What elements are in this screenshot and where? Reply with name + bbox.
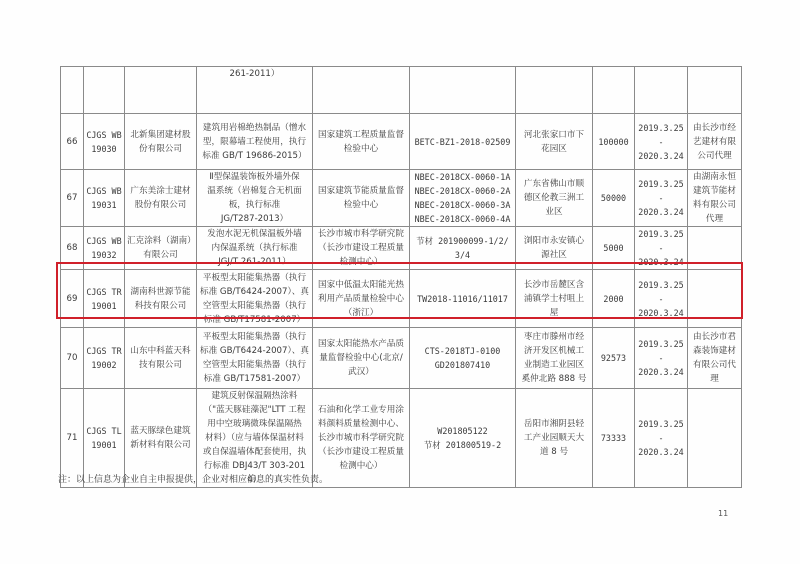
cell-line: 19001 xyxy=(86,299,122,313)
cell-line: 节材 201900099-1/2/3/4 xyxy=(412,234,513,262)
cell-address: 长沙市岳麓区含浦镇学士村咀上屋 xyxy=(516,270,593,328)
cell-line: 2019.3.25- xyxy=(637,337,685,365)
cell-code: CJGS WB19032 xyxy=(84,227,125,270)
cell-line: 岳阳市湘阴县轻 xyxy=(518,417,590,431)
cell-line: 2019.3.25- xyxy=(637,278,685,306)
cell-line: 量监督检验中心(北京/ xyxy=(315,351,407,365)
cell-line: 料颜料质量检测中心、 xyxy=(315,417,407,431)
cell-validity: 2019.3.25-2020.3.24 xyxy=(635,270,688,328)
cell-line: 森装饰建材 xyxy=(690,344,739,358)
cell-line: 节材 201800519-2 xyxy=(412,438,513,452)
cell-line: 2019.3.25- xyxy=(637,177,685,205)
cell-line: 汇克涂料（湖南） xyxy=(127,234,194,248)
cell-capacity xyxy=(593,67,635,114)
cell-line: CJGS WB xyxy=(86,234,122,248)
cell-no: 70 xyxy=(61,328,84,389)
cell-line: （浙江） xyxy=(315,306,407,320)
cell-address: 枣庄市滕州市经济开发区机械工业制造工业园区奚仲北路 888 号 xyxy=(516,328,593,389)
cell-line: 发泡水泥无机保温板外墙 xyxy=(199,227,310,241)
table-body: 261-2011）66CJGS WB19030北新集团建材股份有限公司建筑用岩棉… xyxy=(61,67,742,488)
cell-line: 平板型太阳能集热器（执行 xyxy=(199,271,310,285)
cell-line: 利用产品质量检验中心 xyxy=(315,292,407,306)
cell-line: 广东美涂士建材 xyxy=(127,184,194,198)
cell-product: 平板型太阳能集热器（执行标准 GB/T6424-2007）、真空管型太阳能集热器… xyxy=(197,270,313,328)
cell-line: 用中空玻璃微珠保温隔热 xyxy=(199,417,310,431)
cell-code: CJGS TR19002 xyxy=(84,328,125,389)
cell-line: 板，执行标准 xyxy=(199,198,310,212)
cell-line: 19031 xyxy=(86,198,122,212)
cell-note: 由湖南永恒建筑节能材料有限公司代理 xyxy=(688,170,742,227)
cell-line: 2020.3.24 xyxy=(637,205,685,219)
cell-line: 19001 xyxy=(86,438,122,452)
cell-line: 北新集团建材股 xyxy=(127,128,194,142)
cell-agency: 国家建筑节能质量监督检验中心 xyxy=(313,170,410,227)
cell-no: 69 xyxy=(61,270,84,328)
cell-line: 有限公司代 xyxy=(690,358,739,372)
cell-line: 国家建筑节能质量监督 xyxy=(315,184,407,198)
cell-line: 新材料有限公司 xyxy=(127,438,194,452)
cell-line: 长沙市城市科学研究院 xyxy=(315,431,407,445)
cell-line: 济开发区机械工 xyxy=(518,344,590,358)
cell-line: 2019.3.25- xyxy=(637,417,685,445)
cell-line: CJGS TL xyxy=(86,424,122,438)
cell-capacity: 50000 xyxy=(593,170,635,227)
cell-validity: 2019.3.25-2020.3.24 xyxy=(635,227,688,270)
cell-line: 材料）（应与墙体保温材料 xyxy=(199,431,310,445)
cell-line: 标准 GB/T 19686-2015） xyxy=(199,149,310,163)
cell-line: 有限公司 xyxy=(127,248,194,262)
cell-address: 岳阳市湘阴县轻工产业园顺天大道 8 号 xyxy=(516,389,593,488)
cell-line: GD201807410 xyxy=(412,358,513,372)
cell-product: Ⅱ型保温装饰板外墙外保温系统（岩棉复合无机面板，执行标准JG/T287-2013… xyxy=(197,170,313,227)
cell-report: CTS-2018TJ-0100GD201807410 xyxy=(410,328,516,389)
cell-report xyxy=(410,67,516,114)
cell-line: 检验中心 xyxy=(315,198,407,212)
cell-line: 2020.3.24 xyxy=(637,365,685,379)
registration-table: 261-2011）66CJGS WB19030北新集团建材股份有限公司建筑用岩棉… xyxy=(60,66,742,488)
cell-line: 温系统（岩棉复合无机面 xyxy=(199,184,310,198)
cell-report: W201805122节材 201800519-2 xyxy=(410,389,516,488)
cell-address: 河北张家口市下花园区 xyxy=(516,114,593,170)
cell-product: 发泡水泥无机保温板外墙内保温系统（执行标准JGJ/T 261-2011） xyxy=(197,227,313,270)
cell-line: 科技有限公司 xyxy=(127,299,194,313)
cell-line: 山东中科蓝天科 xyxy=(127,344,194,358)
cell-line: 2020.3.24 xyxy=(637,149,685,163)
cell-line: 标准 GB/T17581-2007） xyxy=(199,372,310,386)
cell-line: 长沙市城市科学研究院 xyxy=(315,227,407,241)
cell-address: 广东省佛山市顺德区伦教三洲工业区 xyxy=(516,170,593,227)
cell-line: CJGS WB xyxy=(86,184,122,198)
cell-line: 19032 xyxy=(86,248,122,262)
cell-line: NBEC-2018CX-0060-4A xyxy=(412,212,513,226)
cell-capacity: 5000 xyxy=(593,227,635,270)
cell-line: 石油和化学工业专用涂 xyxy=(315,403,407,417)
cell-line: JG/T287-2013） xyxy=(199,212,310,226)
cell-line: 国家中低温太阳能光热 xyxy=(315,278,407,292)
cell-line: 浏阳市永安镇心 xyxy=(518,234,590,248)
cell-line: CJGS WB xyxy=(86,128,122,142)
cell-line: 武汉） xyxy=(315,365,407,379)
cell-line: NBEC-2018CX-0060-1A xyxy=(412,170,513,184)
cell-no: 66 xyxy=(61,114,84,170)
cell-line: 建筑反射保温隔热涂料 xyxy=(199,389,310,403)
cell-line: 公司代理 xyxy=(690,149,739,163)
cell-line: 国家建筑工程质量监督 xyxy=(315,128,407,142)
cell-line: W201805122 xyxy=(412,424,513,438)
cell-line: 标准 GB/T6424-2007）、真 xyxy=(199,285,310,299)
cell-agency: 国家太阳能热水产品质量监督检验中心(北京/武汉） xyxy=(313,328,410,389)
table-row: 68CJGS WB19032汇克涂料（湖南）有限公司发泡水泥无机保温板外墙内保温… xyxy=(61,227,742,270)
cell-line: 2020.3.24 xyxy=(637,255,685,269)
cell-capacity: 92573 xyxy=(593,328,635,389)
cell-line: （长沙市建设工程质量 xyxy=(315,241,407,255)
cell-line: 源社区 xyxy=(518,248,590,262)
cell-capacity: 2000 xyxy=(593,270,635,328)
cell-note: 由长沙市经艺建材有限公司代理 xyxy=(688,114,742,170)
cell-line: 代理 xyxy=(690,212,739,226)
cell-line: 标准 GB/T6424-2007）、真 xyxy=(199,344,310,358)
cell-report: 节材 201900099-1/2/3/4 xyxy=(410,227,516,270)
cell-line: 道 8 号 xyxy=(518,445,590,459)
cell-company: 山东中科蓝天科技有限公司 xyxy=(125,328,197,389)
cell-line: 2019.3.25- xyxy=(637,227,685,255)
cell-line: CJGS TR xyxy=(86,344,122,358)
cell-line: 2020.3.24 xyxy=(637,306,685,320)
cell-company: 汇克涂料（湖南）有限公司 xyxy=(125,227,197,270)
cell-address xyxy=(516,67,593,114)
cell-line: 标准 GB/T17581-2007） xyxy=(199,313,310,327)
cell-line: 261-2011） xyxy=(199,67,310,81)
cell-line: NBEC-2018CX-0060-2A xyxy=(412,184,513,198)
cell-no xyxy=(61,67,84,114)
cell-line: 技有限公司 xyxy=(127,358,194,372)
cell-report: TW2018-11016/11017 xyxy=(410,270,516,328)
cell-line: 检验中心 xyxy=(315,142,407,156)
cell-line: 2019.3.25- xyxy=(637,121,685,149)
cell-line: 国家太阳能热水产品质 xyxy=(315,337,407,351)
cell-report: NBEC-2018CX-0060-1ANBEC-2018CX-0060-2ANB… xyxy=(410,170,516,227)
cell-line: 19002 xyxy=(86,358,122,372)
cell-line: BETC-BZ1-2018-02509 xyxy=(412,135,513,149)
table-row: 69CJGS TR19001湖南科世源节能科技有限公司平板型太阳能集热器（执行标… xyxy=(61,270,742,328)
cell-agency xyxy=(313,67,410,114)
cell-line: 屋 xyxy=(518,306,590,320)
cell-line: （"蓝天豚硅藻泥"LTT 工程 xyxy=(199,403,310,417)
cell-line: 艺建材有限 xyxy=(690,135,739,149)
cell-line: 浦镇学士村咀上 xyxy=(518,292,590,306)
table-row: 66CJGS WB19030北新集团建材股份有限公司建筑用岩棉绝热制品（憎水型，… xyxy=(61,114,742,170)
cell-line: 湖南科世源节能 xyxy=(127,285,194,299)
cell-line: 花园区 xyxy=(518,142,590,156)
cell-note: 由长沙市君森装饰建材有限公司代理 xyxy=(688,328,742,389)
cell-line: 由湖南永恒 xyxy=(690,170,739,184)
cell-product: 建筑用岩棉绝热制品（憎水型，限幕墙工程使用，执行标准 GB/T 19686-20… xyxy=(197,114,313,170)
cell-line: 型，限幕墙工程使用，执行 xyxy=(199,135,310,149)
document-page: 261-2011）66CJGS WB19030北新集团建材股份有限公司建筑用岩棉… xyxy=(0,0,800,564)
cell-line: 业区 xyxy=(518,205,590,219)
cell-code: CJGS TR19001 xyxy=(84,270,125,328)
cell-line: 空管型太阳能集热器（执行 xyxy=(199,358,310,372)
cell-line: 蓝天豚绿色建筑 xyxy=(127,424,194,438)
cell-line: 空管型太阳能集热器（执行 xyxy=(199,299,310,313)
table-row: 70CJGS TR19002山东中科蓝天科技有限公司平板型太阳能集热器（执行标准… xyxy=(61,328,742,389)
cell-line: 河北张家口市下 xyxy=(518,128,590,142)
cell-line: 枣庄市滕州市经 xyxy=(518,330,590,344)
cell-line: CJGS TR xyxy=(86,285,122,299)
cell-no: 68 xyxy=(61,227,84,270)
cell-company: 广东美涂士建材股份有限公司 xyxy=(125,170,197,227)
cell-company: 湖南科世源节能科技有限公司 xyxy=(125,270,197,328)
cell-validity: 2019.3.25-2020.3.24 xyxy=(635,114,688,170)
cell-line: NBEC-2018CX-0060-3A xyxy=(412,198,513,212)
table-row: 261-2011） xyxy=(61,67,742,114)
cell-line: 德区伦教三洲工 xyxy=(518,191,590,205)
cell-line: 工产业园顺天大 xyxy=(518,431,590,445)
cell-company: 北新集团建材股份有限公司 xyxy=(125,114,197,170)
cell-line: 由长沙市经 xyxy=(690,121,739,135)
cell-company xyxy=(125,67,197,114)
cell-line: 19030 xyxy=(86,142,122,156)
cell-line: JGJ/T 261-2011） xyxy=(199,255,310,269)
cell-no: 67 xyxy=(61,170,84,227)
cell-line: 份有限公司 xyxy=(127,142,194,156)
page-number: 11 xyxy=(718,509,728,518)
cell-product: 平板型太阳能集热器（执行标准 GB/T6424-2007）、真空管型太阳能集热器… xyxy=(197,328,313,389)
cell-line: TW2018-11016/11017 xyxy=(412,292,513,306)
cell-validity: 2019.3.25-2020.3.24 xyxy=(635,328,688,389)
cell-note xyxy=(688,227,742,270)
cell-line: 或自保温墙体配套使用，执 xyxy=(199,445,310,459)
cell-code: CJGS WB19030 xyxy=(84,114,125,170)
cell-line: 由长沙市君 xyxy=(690,330,739,344)
cell-product: 261-2011） xyxy=(197,67,313,114)
cell-line: 建筑节能材 xyxy=(690,184,739,198)
cell-line: CTS-2018TJ-0100 xyxy=(412,344,513,358)
cell-address: 浏阳市永安镇心源社区 xyxy=(516,227,593,270)
cell-line: 建筑用岩棉绝热制品（憎水 xyxy=(199,121,310,135)
cell-line: 平板型太阳能集热器（执行 xyxy=(199,330,310,344)
cell-line: Ⅱ型保温装饰板外墙外保 xyxy=(199,170,310,184)
cell-validity: 2019.3.25-2020.3.24 xyxy=(635,170,688,227)
cell-capacity: 73333 xyxy=(593,389,635,488)
table-row: 67CJGS WB19031广东美涂士建材股份有限公司Ⅱ型保温装饰板外墙外保温系… xyxy=(61,170,742,227)
cell-validity: 2019.3.25-2020.3.24 xyxy=(635,389,688,488)
cell-line: 长沙市岳麓区含 xyxy=(518,278,590,292)
cell-agency: 长沙市城市科学研究院（长沙市建设工程质量检测中心） xyxy=(313,227,410,270)
cell-agency: 国家建筑工程质量监督检验中心 xyxy=(313,114,410,170)
cell-line: 2020.3.24 xyxy=(637,445,685,459)
cell-note xyxy=(688,270,742,328)
cell-note xyxy=(688,389,742,488)
cell-line: 业制造工业园区 xyxy=(518,358,590,372)
cell-capacity: 100000 xyxy=(593,114,635,170)
cell-report: BETC-BZ1-2018-02509 xyxy=(410,114,516,170)
cell-line: 股份有限公司 xyxy=(127,198,194,212)
cell-line: 奚仲北路 888 号 xyxy=(518,372,590,386)
footnote: 注：以上信息为企业自主申报提供，企业对相应信息的真实性负责。 xyxy=(58,472,328,485)
cell-line: 广东省佛山市顺 xyxy=(518,177,590,191)
cell-note xyxy=(688,67,742,114)
cell-line: 料有限公司 xyxy=(690,198,739,212)
cell-line: 内保温系统（执行标准 xyxy=(199,241,310,255)
cell-line: 理 xyxy=(690,372,739,386)
cell-code xyxy=(84,67,125,114)
cell-code: CJGS WB19031 xyxy=(84,170,125,227)
cell-agency: 国家中低温太阳能光热利用产品质量检验中心（浙江） xyxy=(313,270,410,328)
cell-line: （长沙市建设工程质量 xyxy=(315,445,407,459)
cell-line: 检测中心） xyxy=(315,255,407,269)
cell-validity xyxy=(635,67,688,114)
cell-line: 检测中心） xyxy=(315,459,407,473)
